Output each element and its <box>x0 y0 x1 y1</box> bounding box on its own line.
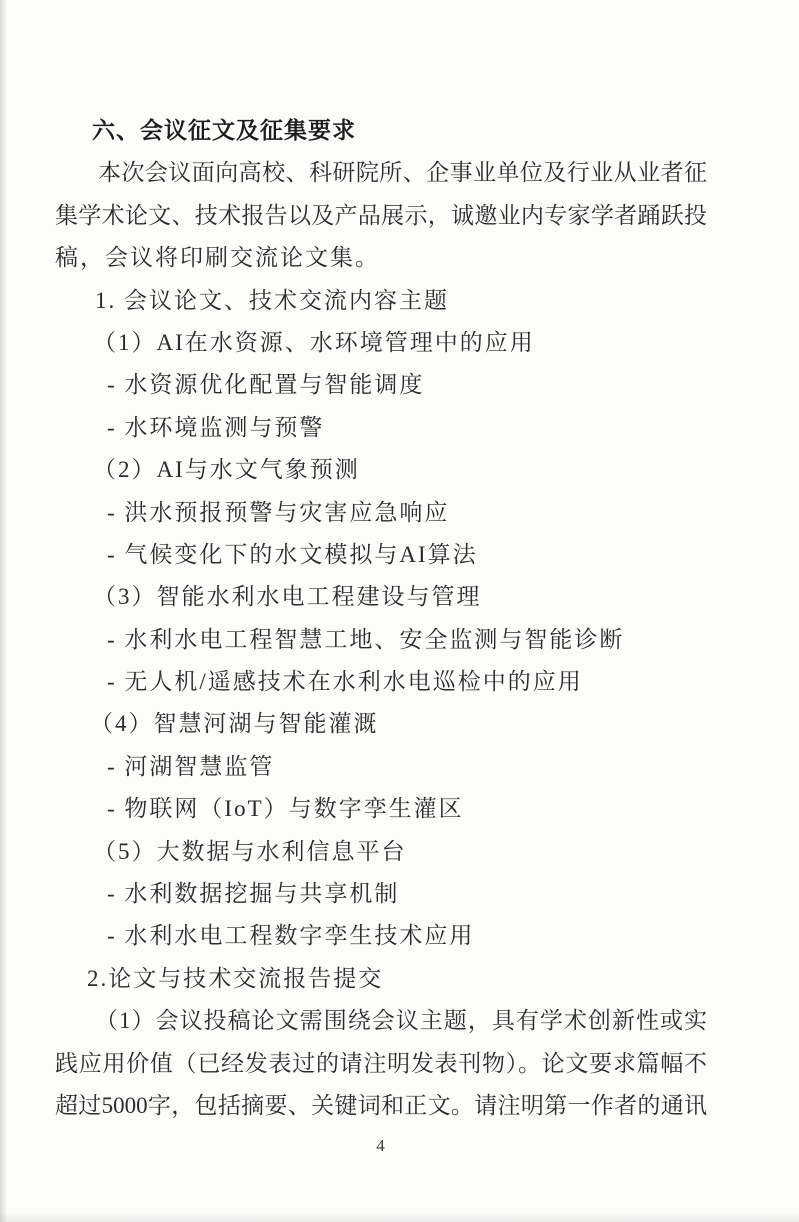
topic-label: （2）AI与水文气象预测 <box>55 449 707 491</box>
topic-item: - 水利水电工程数字孪生技术应用 <box>55 915 707 957</box>
topic-label: （3）智能水利水电工程建设与管理 <box>55 576 707 618</box>
document-page: { "section": { "heading": "六、会议征文及征集要求",… <box>0 0 799 1222</box>
intro-line: 本次会议面向高校、科研院所、企事业单位及行业从业者征 <box>55 152 707 194</box>
submission-title: 2.论文与技术交流报告提交 <box>55 958 707 1000</box>
section-heading: 六、会议征文及征集要求 <box>55 110 707 152</box>
topic-item: - 水利数据挖掘与共享机制 <box>55 873 707 915</box>
topics-title: 1. 会议论文、技术交流内容主题 <box>55 280 707 322</box>
topic-item: - 气候变化下的水文模拟与AI算法 <box>55 534 707 576</box>
topic-item: - 水资源优化配置与智能调度 <box>55 364 707 406</box>
topic-item: - 水利水电工程智慧工地、安全监测与智能诊断 <box>55 619 707 661</box>
topic-label: （5）大数据与水利信息平台 <box>55 831 707 873</box>
topic-item: - 水环境监测与预警 <box>55 407 707 449</box>
topic-label: （1）AI在水资源、水环境管理中的应用 <box>55 322 707 364</box>
topic-item: - 洪水预报预警与灾害应急响应 <box>55 492 707 534</box>
submission-line: 超过5000字，包括摘要、关键词和正文。请注明第一作者的通讯 <box>55 1085 707 1127</box>
topic-item: - 河湖智慧监管 <box>55 746 707 788</box>
submission-line: 践应用价值（已经发表过的请注明发表刊物）。论文要求篇幅不 <box>55 1043 707 1085</box>
topic-item: - 物联网（IoT）与数字孪生灌区 <box>55 788 707 830</box>
page-body: 六、会议征文及征集要求 本次会议面向高校、科研院所、企事业单位及行业从业者征 集… <box>55 110 707 1127</box>
intro-line: 集学术论文、技术报告以及产品展示，诚邀业内专家学者踊跃投 <box>55 195 707 237</box>
topic-label: （4）智慧河湖与智能灌溉 <box>55 703 707 745</box>
intro-line: 稿，会议将印刷交流论文集。 <box>55 237 707 279</box>
page-number: 4 <box>55 1136 707 1156</box>
topic-item: - 无人机/遥感技术在水利水电巡检中的应用 <box>55 661 707 703</box>
submission-line: （1）会议投稿论文需围绕会议主题，具有学术创新性或实 <box>55 1000 707 1042</box>
